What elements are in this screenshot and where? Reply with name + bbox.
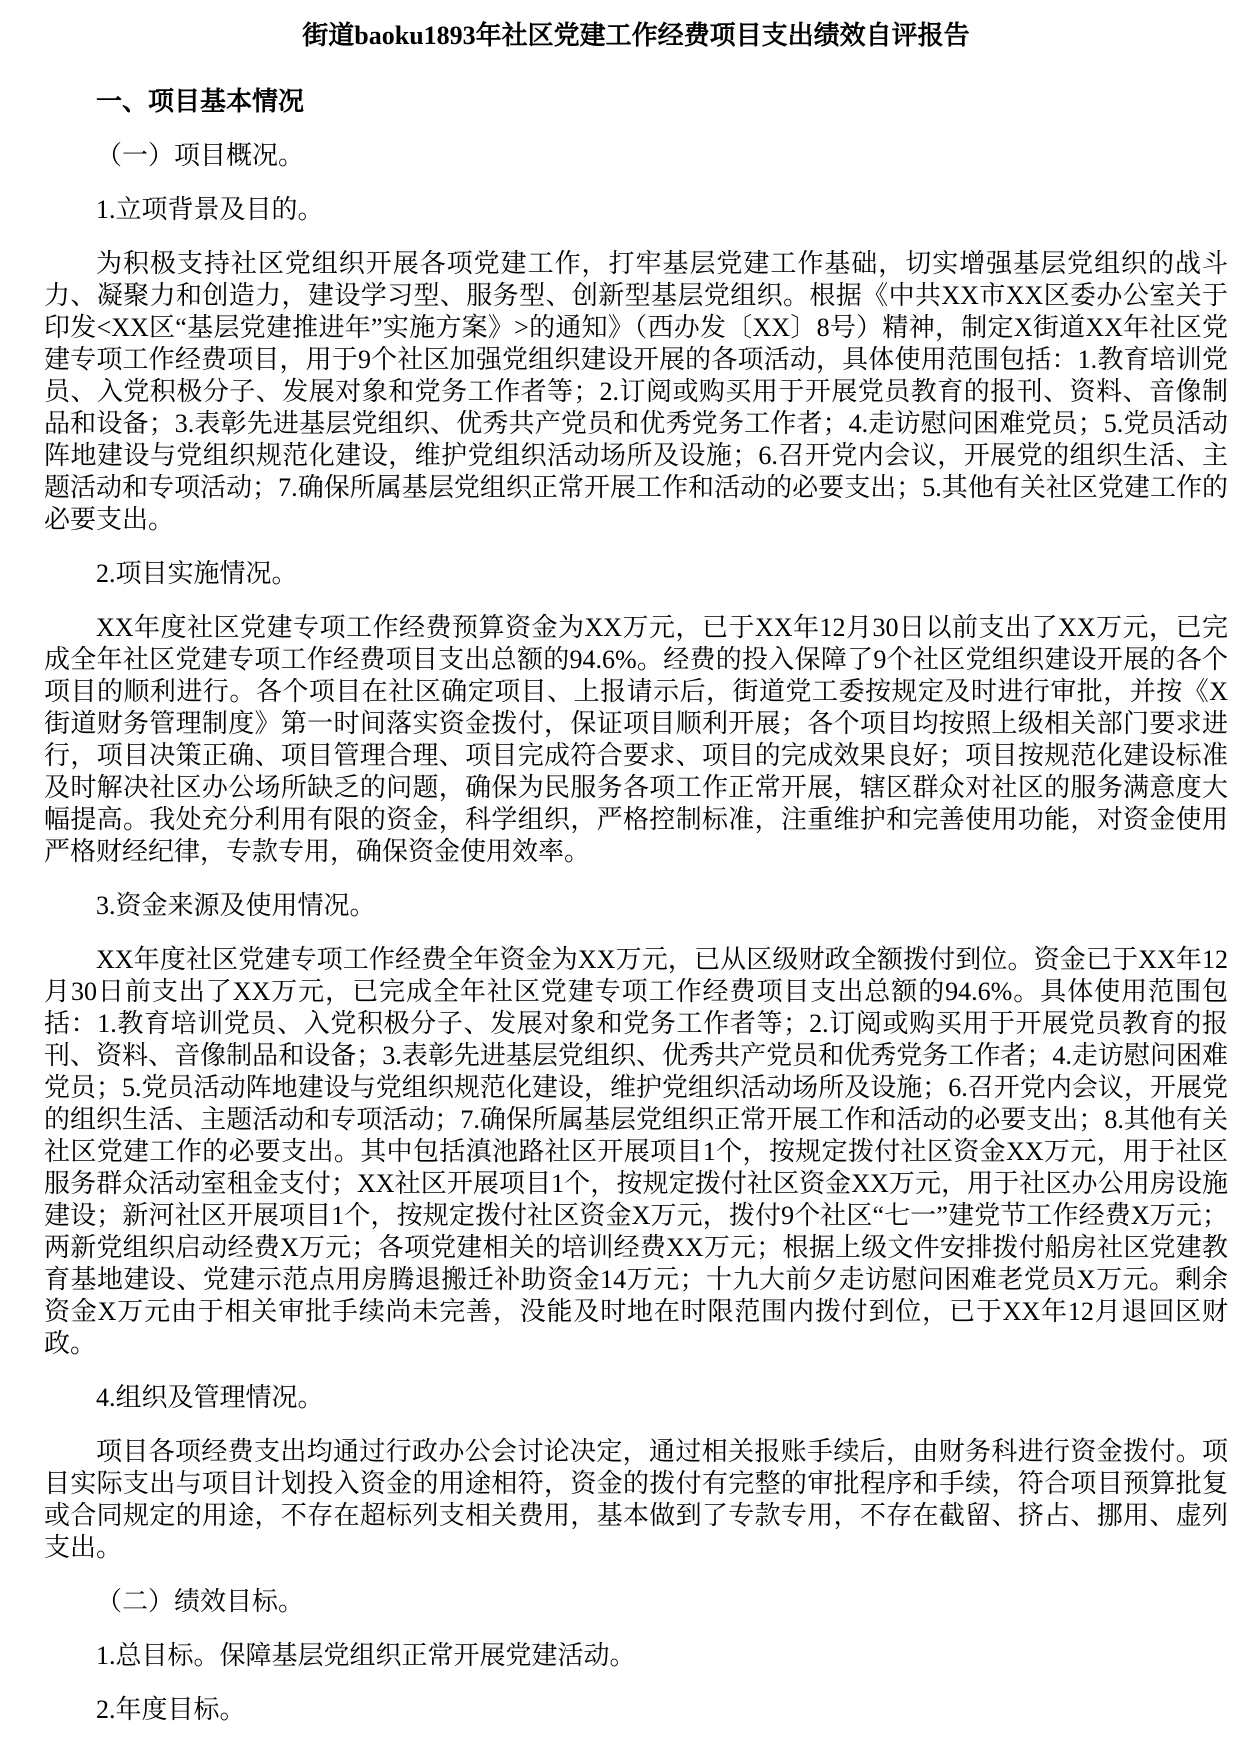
paragraph-background-body: 为积极支持社区党组织开展各项党建工作，打牢基层党建工作基础，切实增强基层党组织的… (44, 248, 1228, 536)
document-title: 街道baoku1893年社区党建工作经费项目支出绩效自评报告 (44, 16, 1228, 56)
item-organization-management: 4.组织及管理情况。 (44, 1382, 1228, 1414)
item-background-purpose: 1.立项背景及目的。 (44, 194, 1228, 226)
paragraph-funding-body: XX年度社区党建专项工作经费全年资金为XX万元，已从区级财政全额拨付到位。资金已… (44, 944, 1228, 1360)
section-heading: 一、项目基本情况 (44, 86, 1228, 118)
item-overall-goal: 1.总目标。保障基层党组织正常开展党建活动。 (44, 1640, 1228, 1672)
item-funding-usage: 3.资金来源及使用情况。 (44, 890, 1228, 922)
document-page: 街道baoku1893年社区党建工作经费项目支出绩效自评报告 一、项目基本情况 … (0, 0, 1240, 1754)
item-annual-goal: 2.年度目标。 (44, 1694, 1228, 1726)
paragraph-organization-body: 项目各项经费支出均通过行政办公会讨论决定，通过相关报账手续后，由财务科进行资金拨… (44, 1436, 1228, 1564)
subsection-performance-goals: （二）绩效目标。 (44, 1586, 1228, 1618)
item-implementation: 2.项目实施情况。 (44, 558, 1228, 590)
paragraph-implementation-body: XX年度社区党建专项工作经费预算资金为XX万元，已于XX年12月30日以前支出了… (44, 612, 1228, 868)
subsection-project-overview: （一）项目概况。 (44, 140, 1228, 172)
